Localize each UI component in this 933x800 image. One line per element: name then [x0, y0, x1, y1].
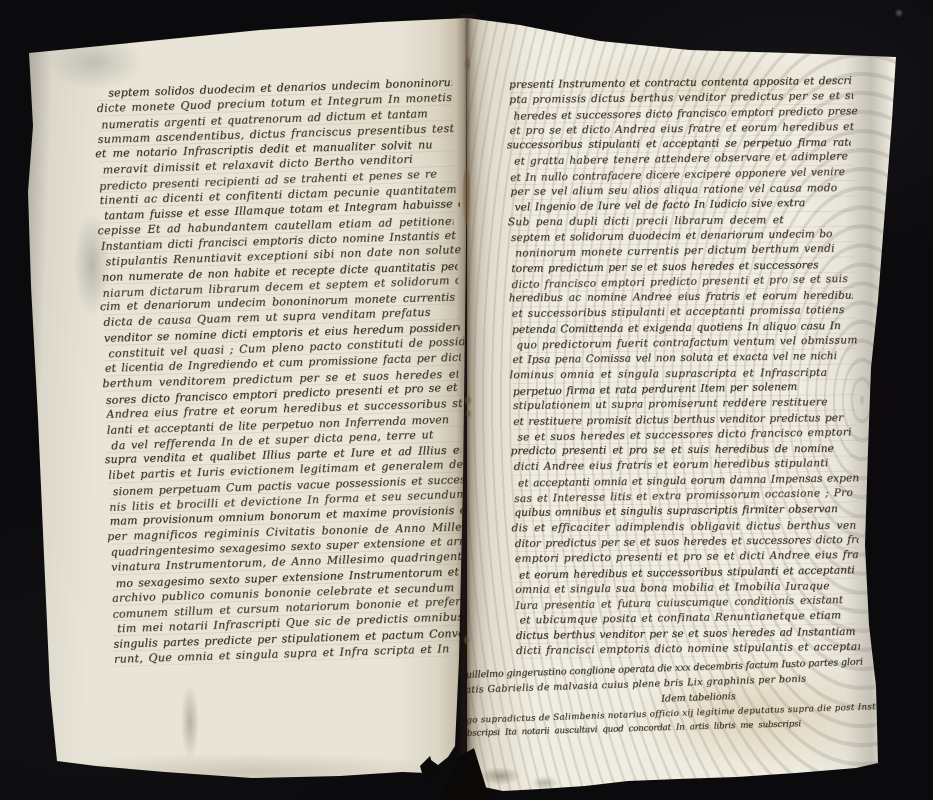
- gutter-stain: [465, 58, 470, 70]
- gutter-stain: [465, 396, 471, 405]
- notarial-subscription-block: Guillelmo gingerustino conglione operata…: [458, 653, 922, 742]
- manuscript-line: predicto presenti et pro se et suis here…: [511, 442, 855, 460]
- manuscript-photo: septem solidos duodecim et denarios unde…: [0, 0, 933, 800]
- gutter-stain: [463, 168, 470, 226]
- manuscript-line: Sub pena dupli dicti precii librarum dec…: [508, 212, 852, 230]
- right-page-text: presenti Instrumento et contractu conten…: [509, 74, 860, 659]
- gutter-stain: [466, 410, 471, 417]
- manuscript-line: heredibus ac nomine Andree eius fratris …: [509, 289, 853, 307]
- left-page-text: septem solidos duodecim et denarios unde…: [96, 75, 470, 667]
- dust-speck: [894, 8, 904, 18]
- gutter-stain: [464, 636, 469, 644]
- manuscript-line: dis et efficaciter adimplendis obligavit…: [511, 518, 855, 536]
